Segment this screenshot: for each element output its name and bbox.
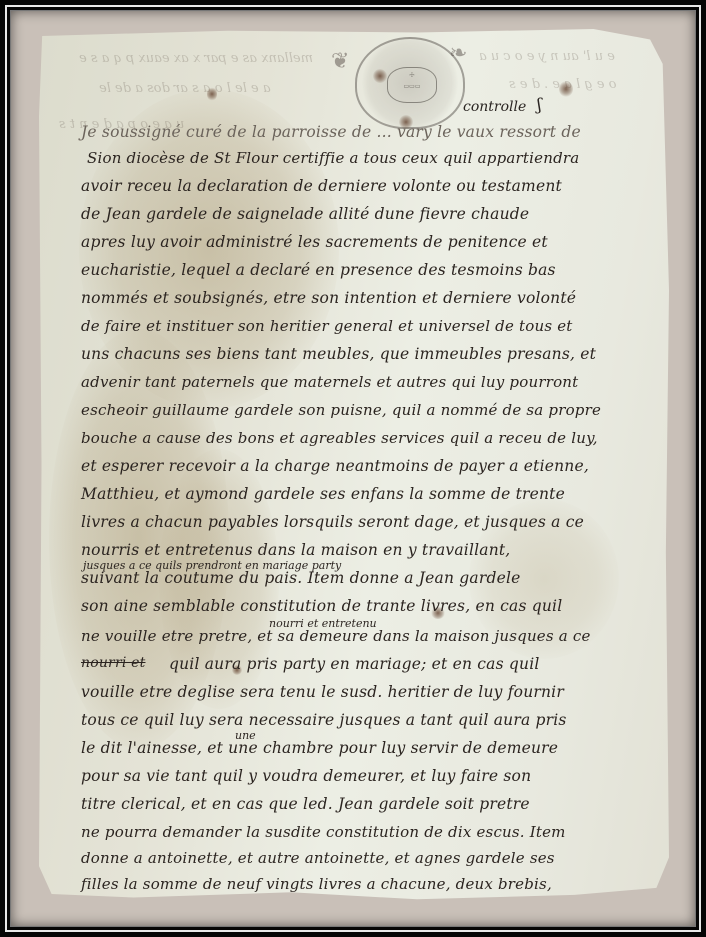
mat-background: mellanx as e par x ax eaux p q a s e a e… xyxy=(10,10,696,927)
photo-frame: mellanx as e par x ax eaux p q a s e a e… xyxy=(0,0,706,937)
manuscript-text-bottom: une couverte, deux lincoulz payables lor… xyxy=(39,29,669,927)
